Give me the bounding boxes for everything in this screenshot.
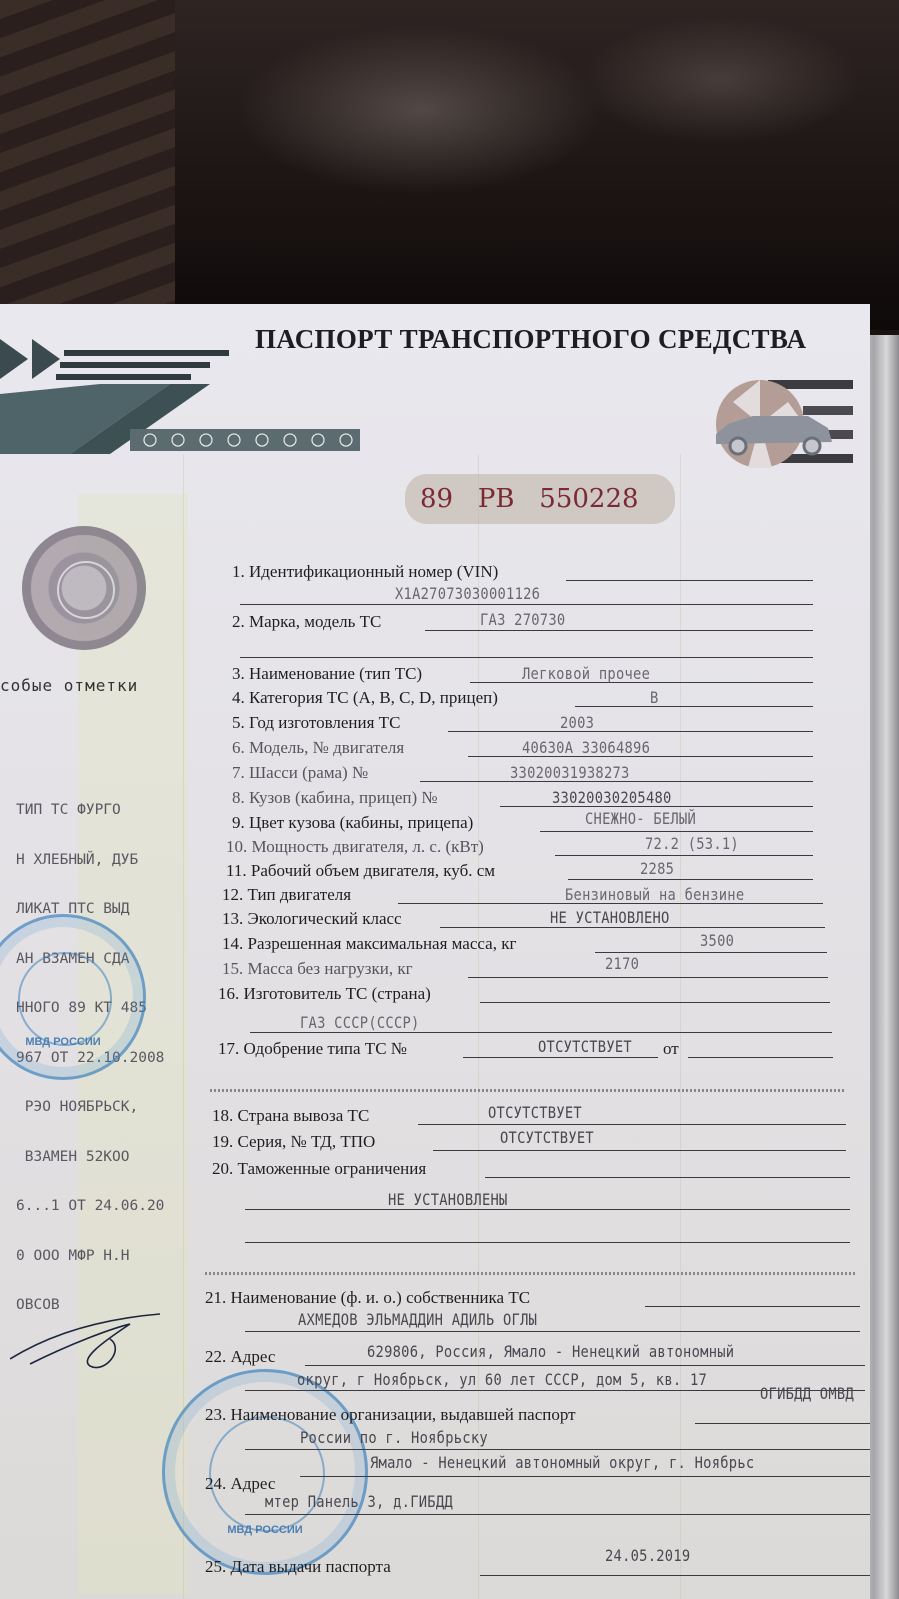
field-curb-mass-value: 2170 [605,954,639,973]
field-eco-class-label: 13. Экологический класс [222,909,402,929]
field-number: 20. [212,1159,233,1178]
field-label: Адрес [231,1474,276,1493]
field-label: Тип двигателя [248,885,352,904]
section-divider [210,1089,845,1092]
field-number: 6. [232,738,245,757]
field-number: 4. [232,688,245,707]
field-number: 24. [205,1474,226,1493]
field-underline [245,1331,860,1332]
field-underline [250,1032,832,1033]
field-number: 21. [205,1288,226,1307]
field-number: 18. [212,1106,233,1125]
background-fabric [0,0,175,330]
field-make-model-label: 2. Марка, модель ТС [232,612,381,632]
field-underline [245,1242,850,1243]
field-underline [240,657,813,658]
passport-series-number: 89 PB 550228 [420,484,639,514]
field-customs-doc-value: ОТСУТСТВУЕТ [500,1128,594,1147]
field-label: Дата выдачи паспорта [231,1557,391,1576]
field-type-approval-value: ОТСУТСТВУЕТ [538,1037,632,1056]
field-label: Мощность двигателя, л. с. (кВт) [252,837,484,856]
field-label: Серия, № ТД, ТПО [238,1132,376,1151]
field-label: Таможенные ограничения [238,1159,427,1178]
stamp-label: МВД РОССИИ [165,1524,365,1536]
field-number: 9. [232,813,245,832]
field-label: Наименование (тип ТС) [249,664,422,683]
field-issuing-org-label: 23. Наименование организации, выдавшей п… [205,1405,576,1425]
field-underline [240,604,813,605]
police-stamp-icon: МВД РОССИИ [162,1369,368,1575]
field-category-label: 4. Категория ТС (A, B, C, D, прицеп) [232,688,498,708]
special-marks-line: 6...1 ОТ 24.06.20 [16,1198,164,1215]
stamp-inner-ring [18,952,112,1046]
field-owner-address-value-line2: округ, г Ноябрьск, ул 60 лет СССР, дом 5… [297,1370,707,1389]
field-category-value: B [650,688,659,707]
special-marks-line: 0 ООО МФР Н.Н [16,1248,164,1265]
field-label: Категория ТС (A, B, C, D, прицеп) [249,688,498,707]
field-max-mass-value: 3500 [700,931,734,950]
special-marks-line: ТИП ТС ФУРГО [16,802,164,819]
field-underline [595,952,827,953]
field-underline [568,879,813,880]
field-curb-mass-label: 15. Масса без нагрузки, кг [222,959,413,979]
field-label: Модель, № двигателя [249,738,404,757]
field-label: Наименование (ф. и. о.) собственника ТС [231,1288,531,1307]
field-displacement-value: 2285 [640,859,674,878]
vehicle-passport-document: ПАСПОРТ ТРАНСПОРТНОГО СРЕДСТВА 89 PB 550… [0,304,870,1599]
field-number: 19. [212,1132,233,1151]
field-year-value: 2003 [560,713,594,732]
special-marks-line: ЛИКАТ ПТС ВЫД [16,901,164,918]
field-engine-model-value: 40630A 33064896 [522,738,650,757]
field-type-approval-label: 17. Одобрение типа ТС № [218,1039,407,1059]
field-owner-label: 21. Наименование (ф. и. о.) собственника… [205,1288,530,1308]
field-label: Адрес [231,1347,276,1366]
field-vin-value: X1A27073030001126 [395,584,540,603]
field-underline [485,1177,850,1178]
field-underline [645,1306,860,1307]
field-number: 1. [232,562,245,581]
special-marks-line: ВЗАМЕН 52КОО [16,1149,164,1166]
field-underline [418,1124,846,1125]
field-underline [305,1365,865,1366]
field-label: Разрешенная максимальная масса, кг [248,934,517,953]
field-issuing-address-value-line2: мтер Панель 3, д.ГИБДД [265,1492,453,1511]
special-marks-line: Н ХЛЕБНЫЙ, ДУБ [16,852,164,869]
special-marks-line: РЭО НОЯБРЬСК, [16,1099,164,1116]
field-number: 15. [222,959,243,978]
field-number: 22. [205,1347,226,1366]
field-label: Экологический класс [248,909,402,928]
field-underline [555,855,813,856]
field-owner-address-label: 22. Адрес [205,1347,275,1367]
field-label: Изготовитель ТС (страна) [244,984,431,1003]
guide-line [680,454,681,1599]
field-power-label: 10. Мощность двигателя, л. с. (кВт) [226,837,484,857]
field-customs-doc-label: 19. Серия, № ТД, ТПО [212,1132,375,1152]
field-number: 11. [226,861,247,880]
field-underline [695,1423,870,1424]
section-divider [205,1272,855,1275]
field-engine-type-label: 12. Тип двигателя [222,885,351,905]
field-number: 14. [222,934,243,953]
field-underline [300,1476,870,1477]
field-displacement-label: 11. Рабочий объем двигателя, куб. см [226,861,495,881]
field-label: Марка, модель ТС [249,612,381,631]
field-number: 2. [232,612,245,631]
field-label: Шасси (рама) № [249,763,368,782]
field-number: 8. [232,788,245,807]
field-number: 7. [232,763,245,782]
field-number: 13. [222,909,243,928]
field-underline [245,1514,870,1515]
field-number: 25. [205,1557,226,1576]
field-manufacturer-label: 16. Изготовитель ТС (страна) [218,984,431,1004]
hologram-emblem-icon [22,526,146,650]
field-number: 5. [232,713,245,732]
field-export-country-value: ОТСУТСТВУЕТ [488,1103,582,1122]
field-underline [575,706,813,707]
field-vehicle-type-label: 3. Наименование (тип ТС) [232,664,422,684]
special-marks-title: собые отметки [0,676,138,695]
field-label: Цвет кузова (кабины, прицепа) [249,813,473,832]
car-logo-icon [708,372,858,472]
field-engine-model-label: 6. Модель, № двигателя [232,738,404,758]
field-chassis-label: 7. Шасси (рама) № [232,763,368,783]
field-underline [480,1575,870,1576]
field-number: 3. [232,664,245,683]
field-customs-restrictions-value: НЕ УСТАНОВЛЕНЫ [388,1190,508,1209]
field-eco-class-value: НЕ УСТАНОВЛЕНО [550,908,670,927]
field-vehicle-type-value: Легковой прочее [522,664,650,683]
field-underline [425,630,813,631]
field-label: Наименование организации, выдавшей паспо… [231,1405,576,1424]
field-underline [468,977,828,978]
field-issue-date-label: 25. Дата выдачи паспорта [205,1557,391,1577]
field-underline [540,831,813,832]
field-underline [566,580,813,581]
field-issuing-address-value: Ямало - Ненецкий автономный округ, г. Но… [370,1453,754,1472]
field-number: 17. [218,1039,239,1058]
field-body-label: 8. Кузов (кабина, прицеп) № [232,788,438,808]
field-issue-date-value: 24.05.2019 [605,1546,690,1565]
field-label: Рабочий объем двигателя, куб. см [251,861,495,880]
field-issuing-org-value-line2: России по г. Ноябрьску [300,1428,488,1447]
field-underline [463,1057,658,1058]
field-underline [245,1449,870,1450]
field-engine-type-value: Бензиновый на бензине [565,885,744,904]
field-label: Одобрение типа ТС № [244,1039,408,1058]
field-label: Идентификационный номер (VIN) [249,562,498,581]
field-color-value: СНЕЖНО- БЕЛЫЙ [585,809,696,828]
field-issuing-address-label: 24. Адрес [205,1474,275,1494]
field-underline [440,927,825,928]
document-title: ПАСПОРТ ТРАНСПОРТНОГО СРЕДСТВА [255,324,806,355]
field-underline [480,1002,830,1003]
field-label: Год изготовления ТС [249,713,400,732]
field-underline [448,731,813,732]
field-year-label: 5. Год изготовления ТС [232,713,400,733]
field-power-value: 72.2 (53.1) [645,834,739,853]
field-label: Страна вывоза ТС [238,1106,370,1125]
field-owner-address-value: 629806, Россия, Ямало - Ненецкий автоном… [367,1342,734,1361]
field-number: 16. [218,984,239,1003]
field-number: 10. [226,837,247,856]
field-color-label: 9. Цвет кузова (кабины, прицепа) [232,813,473,833]
field-chassis-value: 33020031938273 [510,763,630,782]
field-number: 12. [222,885,243,904]
field-issuing-org-value: ОГИБДД ОМВД [760,1384,854,1403]
field-vin-label: 1. Идентификационный номер (VIN) [232,562,498,582]
field-make-model-value: ГАЗ 270730 [480,610,565,629]
field-owner-value: АХМЕДОВ ЭЛЬМАДДИН АДИЛЬ ОГЛЫ [298,1310,537,1329]
field-manufacturer-value: ГАЗ СССР(СССР) [300,1013,420,1032]
field-customs-restrictions-label: 20. Таможенные ограничения [212,1159,426,1179]
field-label: Кузов (кабина, прицеп) № [249,788,438,807]
field-export-country-label: 18. Страна вывоза ТС [212,1106,369,1126]
stamp-label: МВД РОССИИ [0,1036,143,1048]
field-underline [688,1057,833,1058]
field-type-approval-date-label: от [663,1039,679,1059]
field-body-value: 33020030205480 [552,788,672,807]
field-number: 23. [205,1405,226,1424]
field-max-mass-label: 14. Разрешенная максимальная масса, кг [222,934,516,954]
field-label: Масса без нагрузки, кг [248,959,413,978]
signature-icon [10,1304,160,1374]
field-underline [245,1209,850,1210]
field-underline [433,1150,846,1151]
